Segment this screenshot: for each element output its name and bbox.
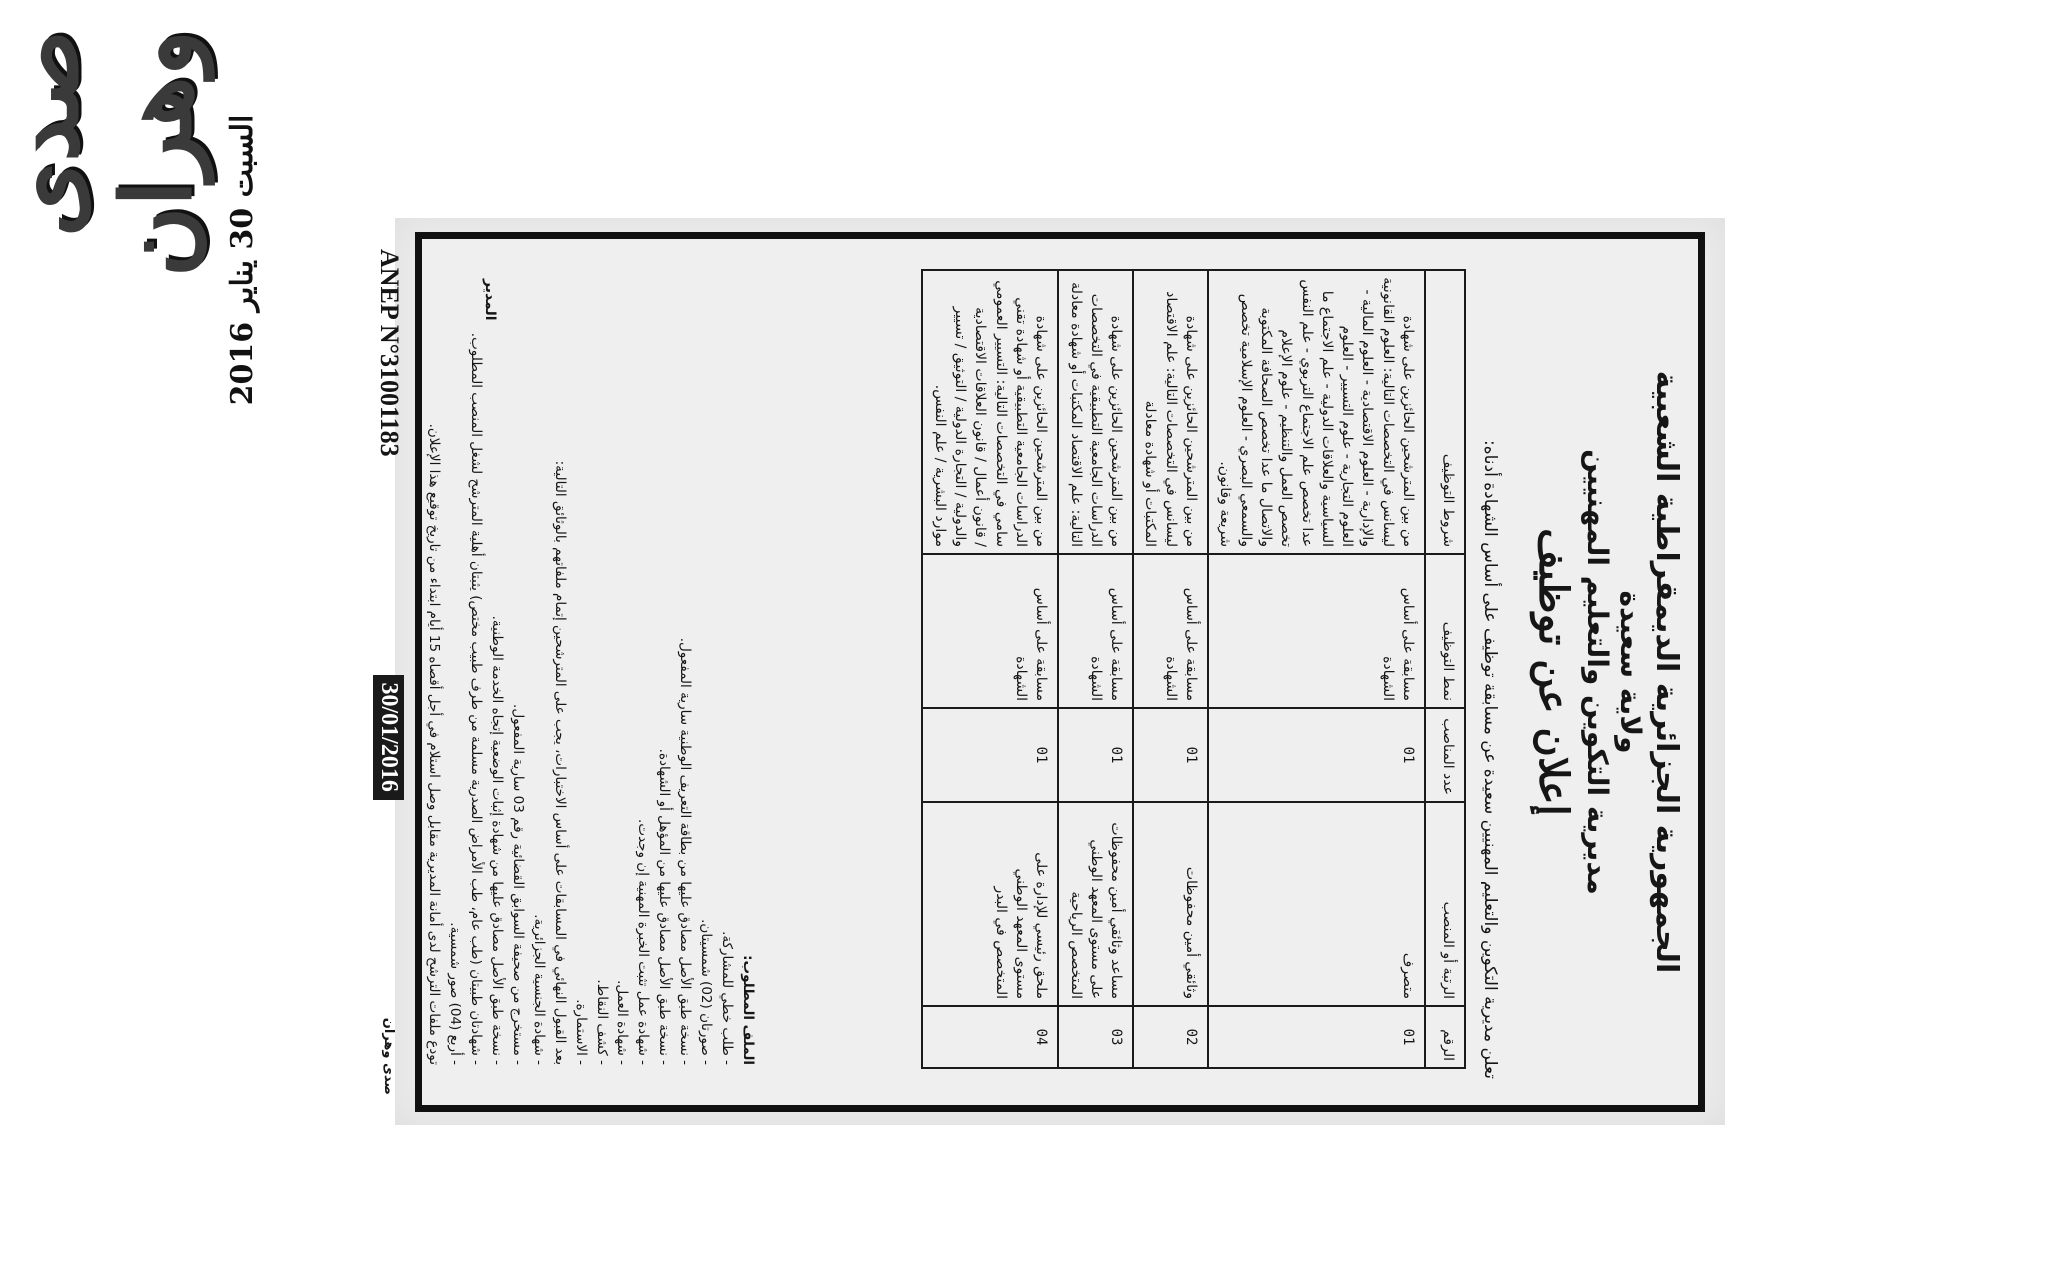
row-count: 01: [1058, 708, 1133, 802]
signature: المدير: [482, 279, 498, 321]
document-item: شهادة عمل تثبت الخبرة المهنية إن وجدت.: [632, 279, 653, 1065]
announcement-intro: تعلن مديرية التكوين والتعليم المهنيين سع…: [1480, 265, 1500, 1079]
directorate-name: مديرية التكوين والتعليم المهنيين: [1581, 239, 1614, 1105]
col-conditions: شروط التوظيف: [1425, 270, 1465, 554]
row-number: 02: [1133, 1006, 1208, 1068]
row-count: 01: [1208, 708, 1425, 802]
announcement-frame: الجمهورية الجزائرية الديمقراطية الشعبية …: [415, 232, 1705, 1112]
table-row: 03 مساعد وثائقي أمين محفوظات على مستوى ا…: [1058, 270, 1133, 1068]
after-acceptance-note: بعد القبول النهائي في المسابقات على أساس…: [549, 279, 570, 1065]
announcement-header: الجمهورية الجزائرية الديمقراطية الشعبية …: [1530, 239, 1684, 1105]
document-item: نسخة طبق الأصل مصادق عليها من بطاقة التع…: [674, 279, 695, 1065]
row-mode: مسابقة على أساس الشهادة: [1208, 554, 1425, 708]
table-row: 04 ملحق رئيسي للإدارة على مستوى المعهد ا…: [922, 270, 1058, 1068]
announcement-clipping: الجمهورية الجزائرية الديمقراطية الشعبية …: [395, 218, 1725, 1125]
document-item: شهادة الجنسية الجزائرية.: [528, 279, 549, 1065]
document-item: نسخة طبق الأصل مصادق عليها من شهادة إثبا…: [486, 279, 507, 1065]
document-item: الاستمارة.: [570, 279, 591, 1065]
row-count: 01: [1133, 708, 1208, 802]
col-rank: الرتبة أو المنصب: [1425, 802, 1465, 1006]
wilaya-name: ولاية سعيدة: [1614, 239, 1647, 1105]
newspaper-logo: صدى وهران: [40, 30, 160, 490]
table-header-row: الرقم الرتبة أو المنصب عدد المناصب نمط ا…: [1425, 270, 1465, 1068]
col-count: عدد المناصب: [1425, 708, 1465, 802]
document-item: طلب خطي للمشاركة.: [716, 279, 737, 1065]
row-rank: مساعد وثائقي أمين محفوظات على مستوى المع…: [1058, 802, 1133, 1006]
row-number: 03: [1058, 1006, 1133, 1068]
document-item: أربع (04) صور شمسية.: [444, 279, 465, 1065]
row-rank: ملحق رئيسي للإدارة على مستوى المعهد الوط…: [922, 802, 1058, 1006]
required-documents: الملف المطلوب: طلب خطي للمشاركة. صورتان …: [423, 279, 758, 1065]
republic-name: الجمهورية الجزائرية الديمقراطية الشعبية: [1649, 239, 1684, 1105]
table-row: 01 متصرف 01 مسابقة على أساس الشهادة من ب…: [1208, 270, 1425, 1068]
document-item: شهادتان طبيتان (طب عام، طب الأمراض الصدر…: [465, 279, 486, 1065]
document-item: كشف النقاط.: [591, 279, 612, 1065]
document-item: مستخرج من صحيفة السوابق القضائية رقم 03 …: [507, 279, 528, 1065]
row-number: 01: [1208, 1006, 1425, 1068]
positions-table: الرقم الرتبة أو المنصب عدد المناصب نمط ا…: [921, 269, 1466, 1069]
row-rank: متصرف: [1208, 802, 1425, 1006]
row-mode: مسابقة على أساس الشهادة: [1058, 554, 1133, 708]
row-number: 04: [922, 1006, 1058, 1068]
deposit-note: تودع ملفات الترشح لدى أمانة المديرية مقا…: [423, 279, 444, 1065]
row-count: 01: [922, 708, 1058, 802]
document-item: نسخة طبق الأصل مصادق عليها من المؤهل أو …: [653, 279, 674, 1065]
anep-number: ANEP N°31001183: [374, 249, 404, 457]
document-item: شهادة العمل.: [612, 279, 633, 1065]
documents-title: الملف المطلوب:: [737, 279, 758, 1065]
col-mode: نمط التوظيف: [1425, 554, 1465, 708]
paper-label: صدى وهران: [382, 1017, 397, 1094]
row-rank: وثائقي أمين محفوظات: [1133, 802, 1208, 1006]
announcement-title: إعلان عن توظيف: [1530, 239, 1577, 1105]
newspaper-masthead: صدى وهران السبت 30 يناير 2016: [20, 40, 170, 500]
row-conditions: من بين المترشحين الحائزين على شهادة ليسا…: [1208, 270, 1425, 554]
col-number: الرقم: [1425, 1006, 1465, 1068]
publication-date: 30/01/2016: [374, 674, 405, 799]
row-conditions: من بين المترشحين الحائزين على شهادة الدر…: [1058, 270, 1133, 554]
row-conditions: من بين المترشحين الحائزين على شهادة ليسا…: [1133, 270, 1208, 554]
row-conditions: من بين المترشحين الحائزين على شهادة الدر…: [922, 270, 1058, 554]
publication-bar: ANEP N°31001183 30/01/2016 صدى وهران: [364, 239, 414, 1105]
document-item: صورتان (02) شمسيتان.: [695, 279, 716, 1065]
newspaper-date: السبت 30 يناير 2016: [225, 100, 275, 420]
row-mode: مسابقة على أساس الشهادة: [922, 554, 1058, 708]
table-row: 02 وثائقي أمين محفوظات 01 مسابقة على أسا…: [1133, 270, 1208, 1068]
row-mode: مسابقة على أساس الشهادة: [1133, 554, 1208, 708]
